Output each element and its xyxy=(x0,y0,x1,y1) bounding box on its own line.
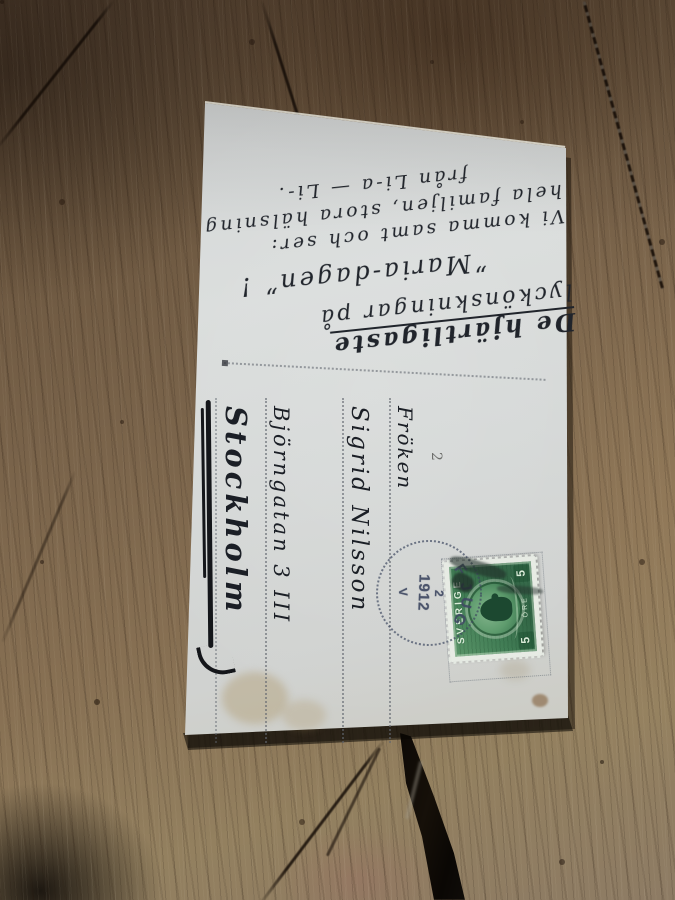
address-line-text: Sigrid Nilsson xyxy=(346,406,372,613)
pencil-note: 2 xyxy=(428,452,444,463)
address-line-text: Stockholm xyxy=(219,406,253,616)
address-line-text: Björngatan 3 III xyxy=(269,406,293,624)
address-line-street: Björngatan 3 III xyxy=(265,398,342,743)
wood-specks xyxy=(0,0,4,4)
address-line-text: Fröken xyxy=(393,406,417,490)
divider-mark xyxy=(222,360,228,366)
plank-seam-upper-right xyxy=(583,1,665,289)
plank-seam-top-left xyxy=(0,1,114,147)
handwritten-message: De hjärtligaste lyckönskningar på ”Maria… xyxy=(201,86,577,373)
postmark: F J U G 2 1912 V xyxy=(372,536,486,650)
plank-seam-mid-left xyxy=(1,471,76,642)
paper-stain xyxy=(532,694,548,707)
plank-seam-lower-left xyxy=(261,741,385,900)
photo-of-postcard-on-wood-floor: De hjärtligaste lyckönskningar på ”Maria… xyxy=(0,0,675,900)
floor-crack xyxy=(382,733,482,900)
address-line-city: Stockholm xyxy=(215,398,265,743)
